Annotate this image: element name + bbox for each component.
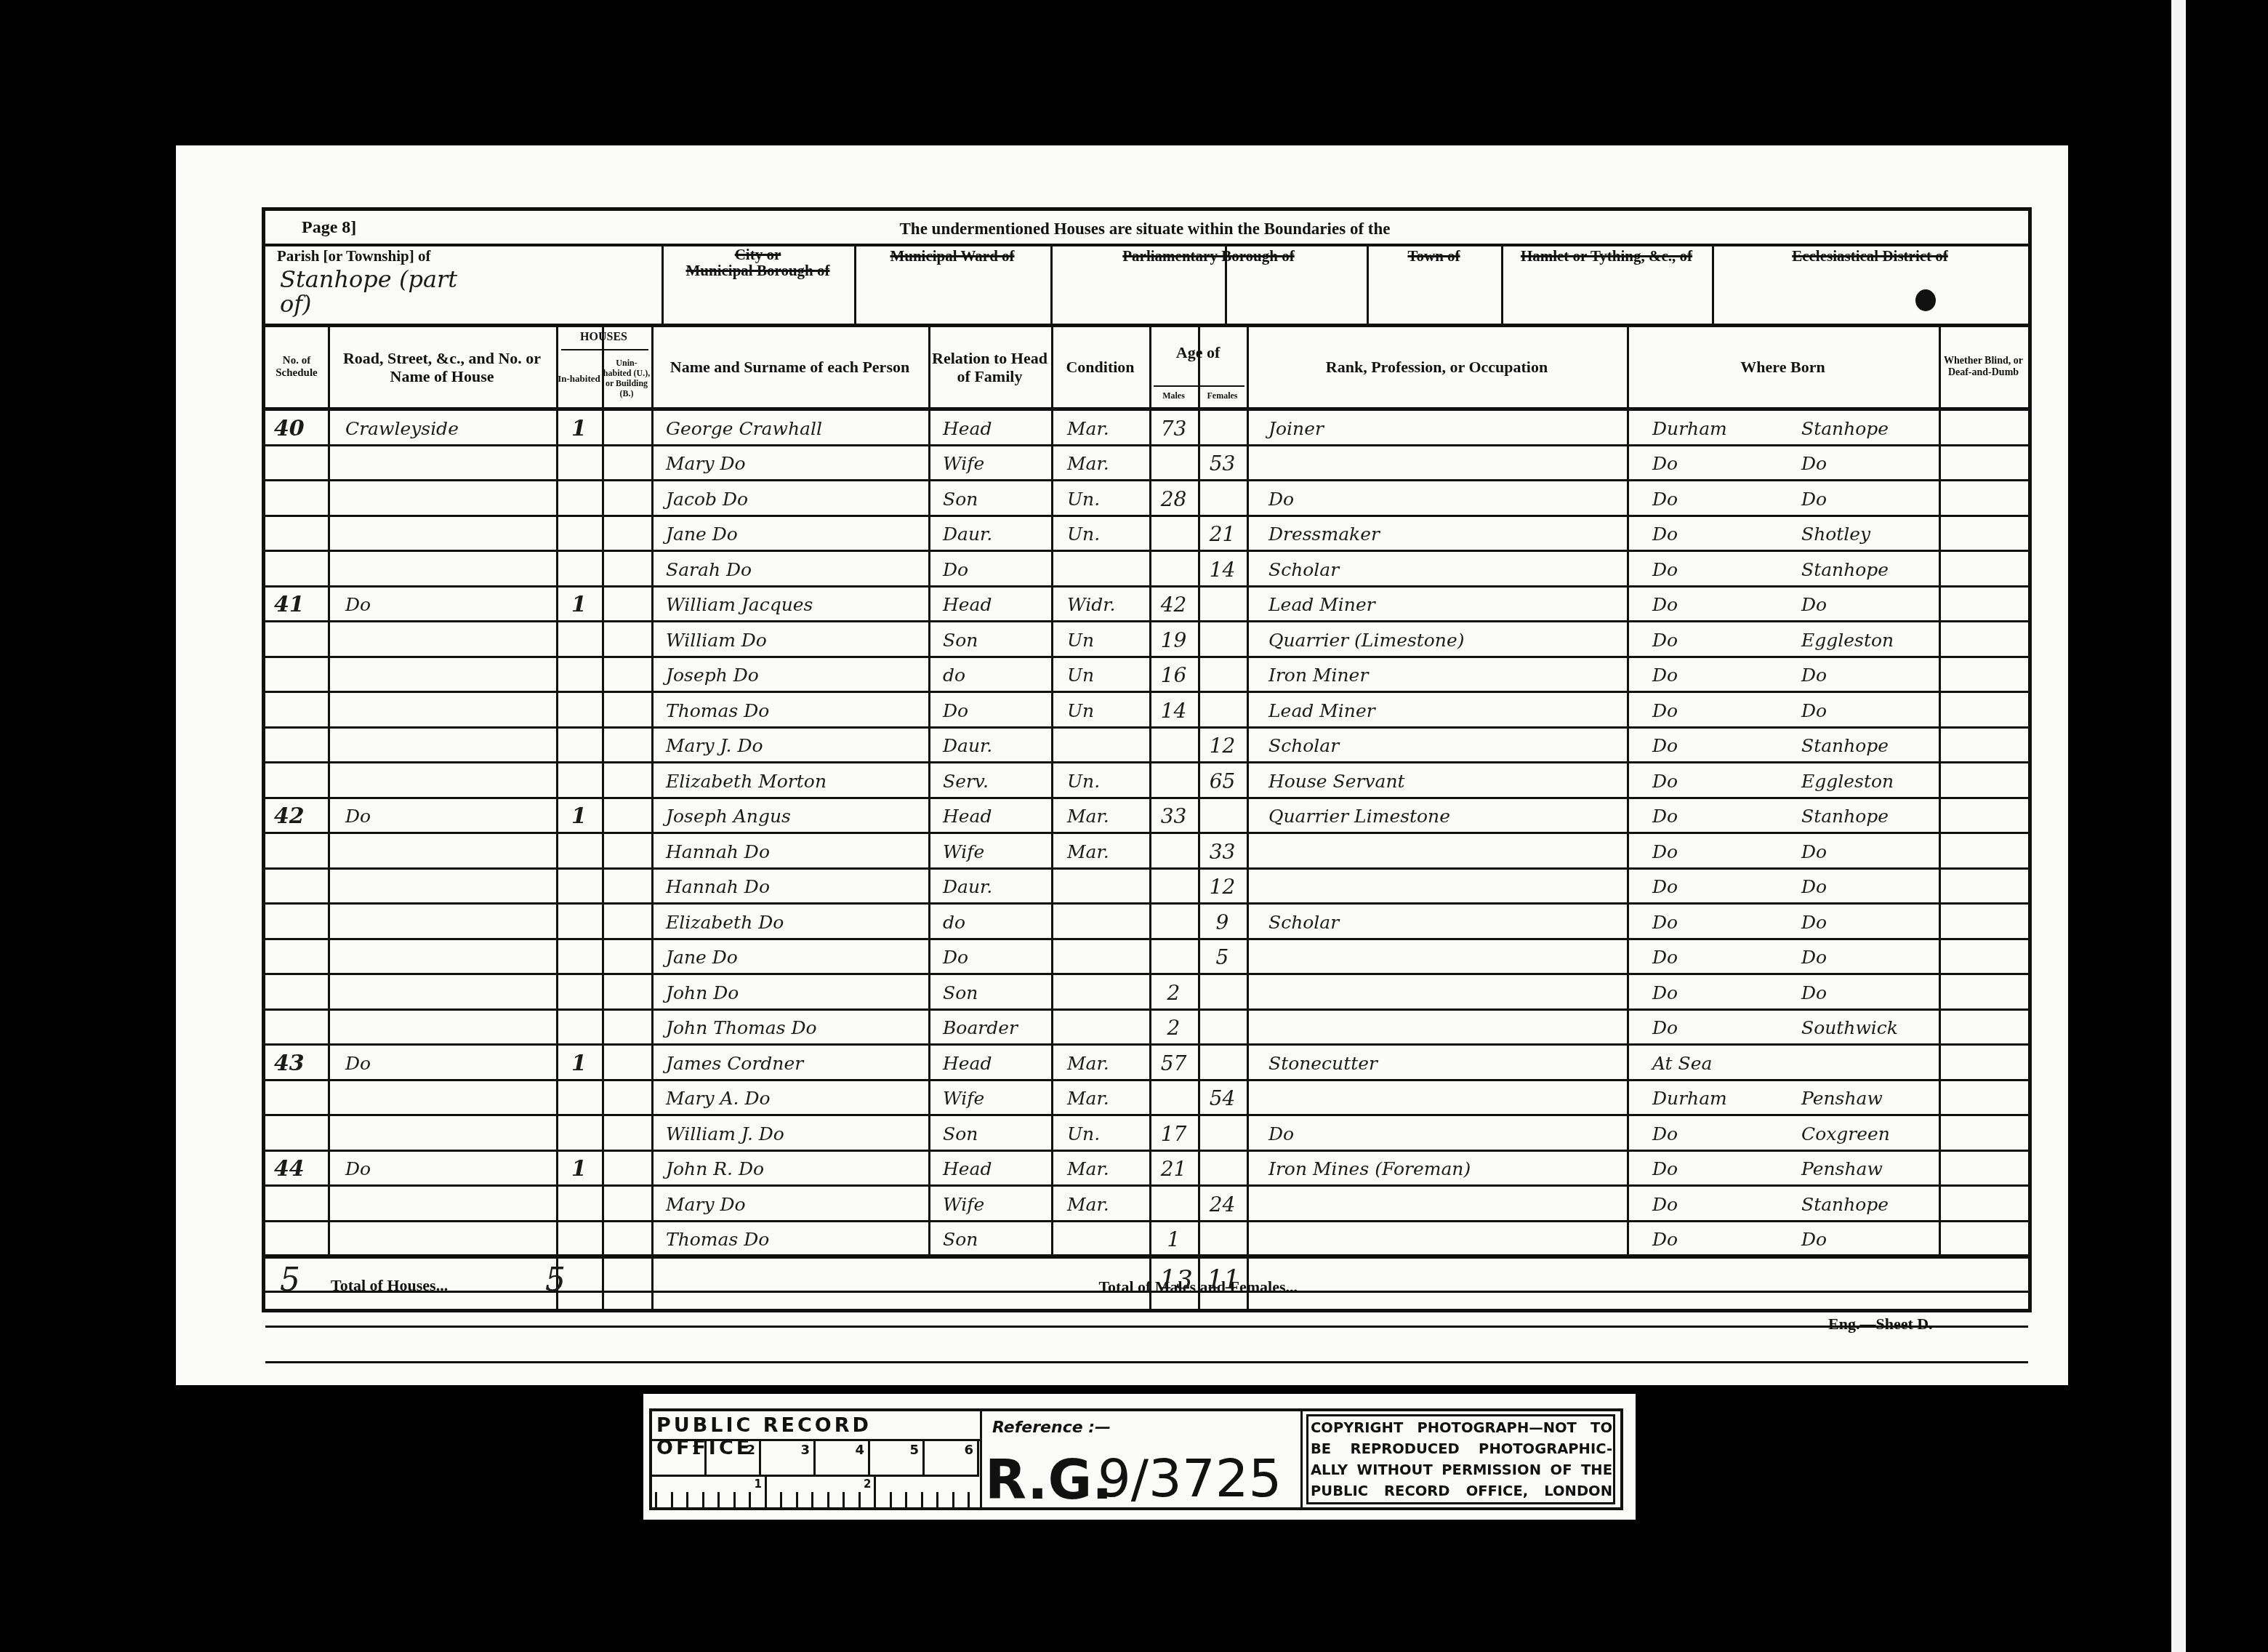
cell-road [328, 446, 574, 482]
cell-relation: Serv. [928, 763, 1066, 799]
cell-female-age: 53 [1198, 446, 1247, 482]
column-header-road: Road, Street, &c., and No. or Name of Ho… [328, 327, 556, 407]
cell-inhabited [556, 870, 602, 905]
cell-female-age [1198, 411, 1247, 446]
cell-condition [1051, 940, 1165, 976]
cell-condition [1051, 1011, 1165, 1046]
ink-blot-icon [1915, 289, 1936, 311]
cell-name: Elizabeth Do [651, 905, 943, 940]
cell-road [328, 940, 574, 976]
cell-schedule [265, 1222, 337, 1258]
cell-blind [1939, 729, 2028, 764]
cell-female-age: 12 [1198, 870, 1247, 905]
scale-number: 1 [755, 1477, 762, 1491]
total-males: 13 [1159, 1265, 1193, 1295]
table-row: Thomas DoDoUn14Lead MinerDoDo [265, 693, 2028, 729]
cell-male-age: 28 [1149, 481, 1198, 517]
cell-inhabited [556, 693, 602, 729]
sheet-label: Eng.—Sheet D. [1828, 1315, 1933, 1334]
table-row: Joseph DodoUn16Iron MinerDoDo [265, 658, 2028, 694]
cell-schedule: 42 [265, 799, 337, 835]
cell-name: Sarah Do [651, 552, 943, 588]
table-row: Jacob DoSonUn.28DoDoDo [265, 481, 2028, 517]
table-row: 43Do1James CordnerHeadMar.57StonecutterA… [265, 1046, 2028, 1081]
table-row: 44Do1John R. DoHeadMar.21Iron Mines (For… [265, 1152, 2028, 1187]
total-houses: 5 [545, 1262, 566, 1299]
cell-male-age: 19 [1149, 622, 1198, 658]
cell-name: John Thomas Do [651, 1011, 943, 1046]
cell-schedule [265, 481, 337, 517]
column-header-occupation: Rank, Profession, or Occupation [1247, 327, 1627, 407]
cell-relation: Daur. [928, 517, 1066, 553]
cell-name: Joseph Do [651, 658, 943, 694]
cell-blind [1939, 552, 2028, 588]
cell-female-age [1198, 1222, 1247, 1258]
cell-inhabited [556, 940, 602, 976]
cell-occupation: Scholar [1247, 905, 1649, 940]
cell-road [328, 622, 574, 658]
cell-female-age [1198, 1328, 1247, 1363]
cell-road [328, 1116, 574, 1152]
reference-value: 9/3725 [1098, 1452, 1282, 1504]
column-header-females: Females [1198, 385, 1247, 407]
cell-male-age [1149, 763, 1198, 799]
cell-road: Do [328, 799, 574, 835]
cell-road [328, 834, 574, 870]
cell-name: Jane Do [651, 940, 943, 976]
cell-male-age: 2 [1149, 975, 1198, 1011]
cell-relation: Wife [928, 834, 1066, 870]
cell-female-age [1198, 693, 1247, 729]
cell-name: Elizabeth Morton [651, 763, 943, 799]
cell-condition: Mar. [1051, 446, 1165, 482]
cell-condition [1051, 552, 1165, 588]
total-females: 11 [1207, 1265, 1240, 1295]
cell-name: William Jacques [651, 588, 943, 623]
cell-female-age: 65 [1198, 763, 1247, 799]
cell-male-age [1149, 517, 1198, 553]
cell-condition [1051, 1328, 1165, 1363]
cell-female-age [1198, 799, 1247, 835]
cell-female-age: 24 [1198, 1187, 1247, 1222]
cell-inhabited: 1 [556, 1152, 602, 1187]
cell-blind [1939, 658, 2028, 694]
copyright-line: PUBLIC RECORD OFFICE, LONDON [1311, 1480, 1612, 1501]
cell-road: Crawleyside [328, 411, 574, 446]
cell-relation: Head [928, 799, 1066, 835]
cell-blind [1939, 1257, 2028, 1293]
cell-condition: Un. [1051, 763, 1165, 799]
table-row: Jane DoDaur.Un.21DressmakerDoShotley [265, 517, 2028, 553]
cell-male-age [1149, 940, 1198, 976]
cell-blind [1939, 1328, 2028, 1363]
cell-condition: Widr. [1051, 588, 1165, 623]
cell-condition: Mar. [1051, 1081, 1165, 1117]
cell-occupation: Iron Mines (Foreman) [1247, 1152, 1649, 1187]
table-row [265, 1328, 2028, 1363]
cell-occupation: Lead Miner [1247, 693, 1649, 729]
reference-prefix: R.G. [985, 1453, 1112, 1507]
cell-female-age [1198, 1046, 1247, 1081]
cell-condition [1051, 729, 1165, 764]
cell-inhabited [556, 763, 602, 799]
cell-schedule [265, 975, 337, 1011]
cell-relation: Daur. [928, 870, 1066, 905]
cell-condition: Un. [1051, 1116, 1165, 1152]
cell-road: Do [328, 1152, 574, 1187]
cell-schedule [265, 658, 337, 694]
location-label: Municipal Ward of [854, 247, 1050, 265]
cell-relation: Son [928, 481, 1066, 517]
cell-road [328, 763, 574, 799]
cell-male-age: 1 [1149, 1222, 1198, 1258]
cell-male-age [1149, 1328, 1198, 1363]
cell-relation: Son [928, 622, 1066, 658]
cell-schedule [265, 693, 337, 729]
cell-relation: Boarder [928, 1011, 1066, 1046]
cell-occupation: Scholar [1247, 729, 1649, 764]
cell-occupation [1247, 1011, 1649, 1046]
cell-schedule [265, 1257, 337, 1293]
cell-schedule [265, 729, 337, 764]
cell-schedule [265, 870, 337, 905]
cell-blind [1939, 870, 2028, 905]
table-row: Hannah DoWifeMar.33DoDo [265, 834, 2028, 870]
cell-schedule [265, 446, 337, 482]
table-row: 40Crawleyside1George CrawhallHeadMar.73J… [265, 411, 2028, 446]
cell-relation: do [928, 905, 1066, 940]
location-field-5: Hamlet or Tything, &c., of [1501, 247, 1712, 320]
cell-relation: Wife [928, 1081, 1066, 1117]
cell-male-age: 42 [1149, 588, 1198, 623]
cell-blind [1939, 446, 2028, 482]
cell-occupation: Quarrier (Limestone) [1247, 622, 1649, 658]
cell-condition: Un [1051, 693, 1165, 729]
cell-uninhabited [602, 693, 651, 729]
cell-occupation: Lead Miner [1247, 588, 1649, 623]
table-row: Mary DoWifeMar.53DoDo [265, 446, 2028, 482]
location-label-top: City or [661, 247, 854, 262]
location-label: Town of [1367, 247, 1501, 265]
cell-uninhabited [602, 940, 651, 976]
cell-name: Mary A. Do [651, 1081, 943, 1117]
census-form: Page 8] The undermentioned Houses are si… [262, 207, 2032, 1312]
ruler-scale: 12345612 [652, 1441, 979, 1508]
copyright-notice: COPYRIGHT PHOTOGRAPH—NOT TOBE REPRODUCED… [1311, 1417, 1612, 1501]
record-office-stamp: PUBLIC RECORD OFFICE 12345612 Reference … [643, 1394, 1636, 1520]
table-row: Mary DoWifeMar.24DoStanhope [265, 1187, 2028, 1222]
cell-name [651, 1328, 943, 1363]
cell-relation: Head [928, 411, 1066, 446]
cell-condition: Mar. [1051, 1187, 1165, 1222]
cell-relation [928, 1328, 1066, 1363]
cell-name: William Do [651, 622, 943, 658]
cell-uninhabited [602, 411, 651, 446]
cell-condition: Un. [1051, 481, 1165, 517]
film-edge-stripe [2171, 0, 2186, 1652]
cell-female-age: 14 [1198, 552, 1247, 588]
cell-inhabited: 1 [556, 411, 602, 446]
cell-name: Thomas Do [651, 1222, 943, 1258]
cell-male-age [1149, 1293, 1198, 1328]
cell-uninhabited [602, 1116, 651, 1152]
cell-male-age [1149, 870, 1198, 905]
cell-blind [1939, 622, 2028, 658]
cell-occupation: Scholar [1247, 552, 1649, 588]
cell-uninhabited [602, 834, 651, 870]
cell-relation: Do [928, 940, 1066, 976]
cell-schedule [265, 1116, 337, 1152]
location-label: Ecclesiastical District of [1712, 247, 2028, 265]
cell-schedule [265, 1011, 337, 1046]
cell-occupation [1247, 834, 1649, 870]
cell-inhabited [556, 658, 602, 694]
ruler-number: 5 [870, 1443, 919, 1458]
cell-relation: Head [928, 1152, 1066, 1187]
cell-inhabited [556, 1081, 602, 1117]
location-label: Parliamentary Borough of [1050, 247, 1367, 265]
cell-male-age: 2 [1149, 1011, 1198, 1046]
cell-inhabited: 1 [556, 799, 602, 835]
cell-inhabited [556, 622, 602, 658]
scale-number: 2 [864, 1477, 871, 1491]
cell-uninhabited [602, 588, 651, 623]
cell-uninhabited [602, 729, 651, 764]
cell-female-age: 9 [1198, 905, 1247, 940]
cell-uninhabited [602, 799, 651, 835]
cell-blind [1939, 1116, 2028, 1152]
cell-name [651, 1293, 943, 1328]
cell-blind [1939, 1046, 2028, 1081]
location-label: Municipal Borough of [661, 262, 854, 280]
page-title: The undermentioned Houses are situate wi… [672, 220, 1617, 238]
location-value: Stanhope (part of) [265, 267, 469, 316]
reference-label: Reference :— [992, 1419, 1111, 1437]
cell-name: Jane Do [651, 517, 943, 553]
cell-male-age [1149, 905, 1198, 940]
column-header-uninhabited: Unin-habited (U.), or Building (B.) [602, 350, 651, 407]
cell-blind [1939, 975, 2028, 1011]
location-label: Parish [or Township] of [265, 247, 661, 265]
cell-inhabited [556, 729, 602, 764]
table-row: John DoSon2DoDo [265, 975, 2028, 1011]
cell-occupation: Dressmaker [1247, 517, 1649, 553]
cell-uninhabited [602, 552, 651, 588]
cell-condition: Mar. [1051, 1046, 1165, 1081]
cell-inhabited [556, 1222, 602, 1258]
cell-blind [1939, 1081, 2028, 1117]
cell-name: Thomas Do [651, 693, 943, 729]
cell-occupation [1247, 1257, 1649, 1293]
cell-schedule [265, 834, 337, 870]
ruler-number: 4 [816, 1443, 864, 1458]
cell-road [328, 658, 574, 694]
cell-female-age [1198, 1011, 1247, 1046]
cell-occupation [1247, 870, 1649, 905]
cell-road [328, 905, 574, 940]
cell-uninhabited [602, 1011, 651, 1046]
cell-condition: Un [1051, 622, 1165, 658]
cell-schedule [265, 1081, 337, 1117]
copyright-line: ALLY WITHOUT PERMISSION OF THE [1311, 1459, 1612, 1480]
cell-uninhabited [602, 1257, 651, 1293]
column-header-inhabited: In-habited [556, 350, 602, 407]
copyright-line: BE REPRODUCED PHOTOGRAPHIC- [1311, 1438, 1612, 1459]
page-label: Page 8] [302, 218, 356, 238]
cell-blind [1939, 834, 2028, 870]
cell-relation: Son [928, 1222, 1066, 1258]
copyright-line: COPYRIGHT PHOTOGRAPH—NOT TO [1311, 1417, 1612, 1438]
cell-road: Do [328, 1046, 574, 1081]
cell-blind [1939, 763, 2028, 799]
cell-name: Hannah Do [651, 870, 943, 905]
cell-name: Mary Do [651, 446, 943, 482]
location-field-0: Parish [or Township] ofStanhope (part of… [265, 247, 661, 320]
cell-blind [1939, 693, 2028, 729]
table-row: Mary A. DoWifeMar.54DurhamPenshaw [265, 1081, 2028, 1117]
cell-road [328, 1293, 574, 1328]
cell-schedule [265, 1187, 337, 1222]
table-row: Hannah DoDaur.12DoDo [265, 870, 2028, 905]
column-header-schedule: No. of Schedule [265, 327, 328, 407]
cell-male-age: 33 [1149, 799, 1198, 835]
cell-relation [928, 1293, 1066, 1328]
cell-name: William J. Do [651, 1116, 943, 1152]
total-houses-label: Total of Houses... [331, 1276, 448, 1295]
cell-occupation [1247, 1293, 1649, 1328]
cell-inhabited [556, 1328, 602, 1363]
cell-uninhabited [602, 481, 651, 517]
cell-male-age: 21 [1149, 1152, 1198, 1187]
cell-road [328, 693, 574, 729]
cell-occupation: Do [1247, 481, 1649, 517]
cell-road [328, 481, 574, 517]
cell-name: John Do [651, 975, 943, 1011]
location-label: Hamlet or Tything, &c., of [1501, 247, 1712, 265]
cell-condition: Un [1051, 658, 1165, 694]
cell-female-age: 54 [1198, 1081, 1247, 1117]
cell-male-age [1149, 834, 1198, 870]
cell-occupation [1247, 1222, 1649, 1258]
cell-uninhabited [602, 1081, 651, 1117]
cell-uninhabited [602, 1328, 651, 1363]
cell-blind [1939, 411, 2028, 446]
cell-blind [1939, 799, 2028, 835]
cell-female-age [1198, 975, 1247, 1011]
cell-name: Joseph Angus [651, 799, 943, 835]
location-field-3: Parliamentary Borough of [1050, 247, 1367, 320]
cell-inhabited [556, 905, 602, 940]
cell-male-age: 73 [1149, 411, 1198, 446]
cell-relation: Wife [928, 1187, 1066, 1222]
cell-female-age [1198, 1293, 1247, 1328]
cell-occupation [1247, 940, 1649, 976]
cell-condition [1051, 975, 1165, 1011]
column-header-name: Name and Surname of each Person [651, 327, 928, 407]
cell-occupation [1247, 1187, 1649, 1222]
cell-occupation: Iron Miner [1247, 658, 1649, 694]
cell-name: Mary J. Do [651, 729, 943, 764]
cell-male-age: 14 [1149, 693, 1198, 729]
cell-inhabited [556, 481, 602, 517]
cell-male-age [1149, 552, 1198, 588]
cell-female-age: 12 [1198, 729, 1247, 764]
table-row: Elizabeth Dodo9ScholarDoDo [265, 905, 2028, 940]
cell-road [328, 1081, 574, 1117]
cell-relation: Wife [928, 446, 1066, 482]
cell-inhabited [556, 552, 602, 588]
ruler-number: 2 [707, 1443, 755, 1458]
cell-inhabited: 1 [556, 588, 602, 623]
cell-schedule [265, 622, 337, 658]
cell-blind [1939, 1222, 2028, 1258]
ruler-number: 6 [925, 1443, 973, 1458]
cell-uninhabited [602, 1293, 651, 1328]
cell-condition [1051, 905, 1165, 940]
cell-inhabited [556, 517, 602, 553]
cell-blind [1939, 1293, 2028, 1328]
cell-relation: Son [928, 975, 1066, 1011]
column-header-relation: Relation to Head of Family [928, 327, 1051, 407]
cell-inhabited [556, 1116, 602, 1152]
cell-female-age [1198, 1116, 1247, 1152]
cell-road: Do [328, 588, 574, 623]
location-field-2: Municipal Ward of [854, 247, 1050, 320]
cell-occupation: Stonecutter [1247, 1046, 1649, 1081]
cell-road [328, 870, 574, 905]
cell-blind [1939, 1011, 2028, 1046]
cell-uninhabited [602, 975, 651, 1011]
cell-occupation: House Servant [1247, 763, 1649, 799]
cell-occupation: Joiner [1247, 411, 1649, 446]
cell-female-age [1198, 658, 1247, 694]
cell-female-age [1198, 588, 1247, 623]
total-schedules: 5 [280, 1262, 300, 1299]
cell-blind [1939, 481, 2028, 517]
cell-relation: Do [928, 552, 1066, 588]
cell-condition [1051, 1293, 1165, 1328]
cell-uninhabited [602, 1046, 651, 1081]
cell-relation: Son [928, 1116, 1066, 1152]
ruler-number: 3 [761, 1443, 810, 1458]
cell-name: Jacob Do [651, 481, 943, 517]
cell-inhabited [556, 834, 602, 870]
column-header-blind: Whether Blind, or Deaf-and-Dumb [1939, 327, 2028, 407]
cell-male-age: 16 [1149, 658, 1198, 694]
cell-road [328, 517, 574, 553]
table-row: Jane DoDo5DoDo [265, 940, 2028, 976]
cell-female-age: 33 [1198, 834, 1247, 870]
cell-occupation [1247, 1328, 1649, 1363]
cell-blind [1939, 517, 2028, 553]
cell-occupation: Do [1247, 1116, 1649, 1152]
column-header-males: Males [1149, 385, 1198, 407]
cell-relation: Do [928, 693, 1066, 729]
cell-relation: Daur. [928, 729, 1066, 764]
cell-condition: Mar. [1051, 834, 1165, 870]
cell-condition: Mar. [1051, 1152, 1165, 1187]
cell-schedule [265, 763, 337, 799]
cell-uninhabited [602, 517, 651, 553]
cell-schedule [265, 517, 337, 553]
cell-inhabited: 1 [556, 1046, 602, 1081]
cell-relation: Head [928, 588, 1066, 623]
cell-inhabited [556, 446, 602, 482]
cell-relation: do [928, 658, 1066, 694]
cell-condition: Mar. [1051, 411, 1165, 446]
cell-uninhabited [602, 446, 651, 482]
table-row: Sarah DoDo14ScholarDoStanhope [265, 552, 2028, 588]
